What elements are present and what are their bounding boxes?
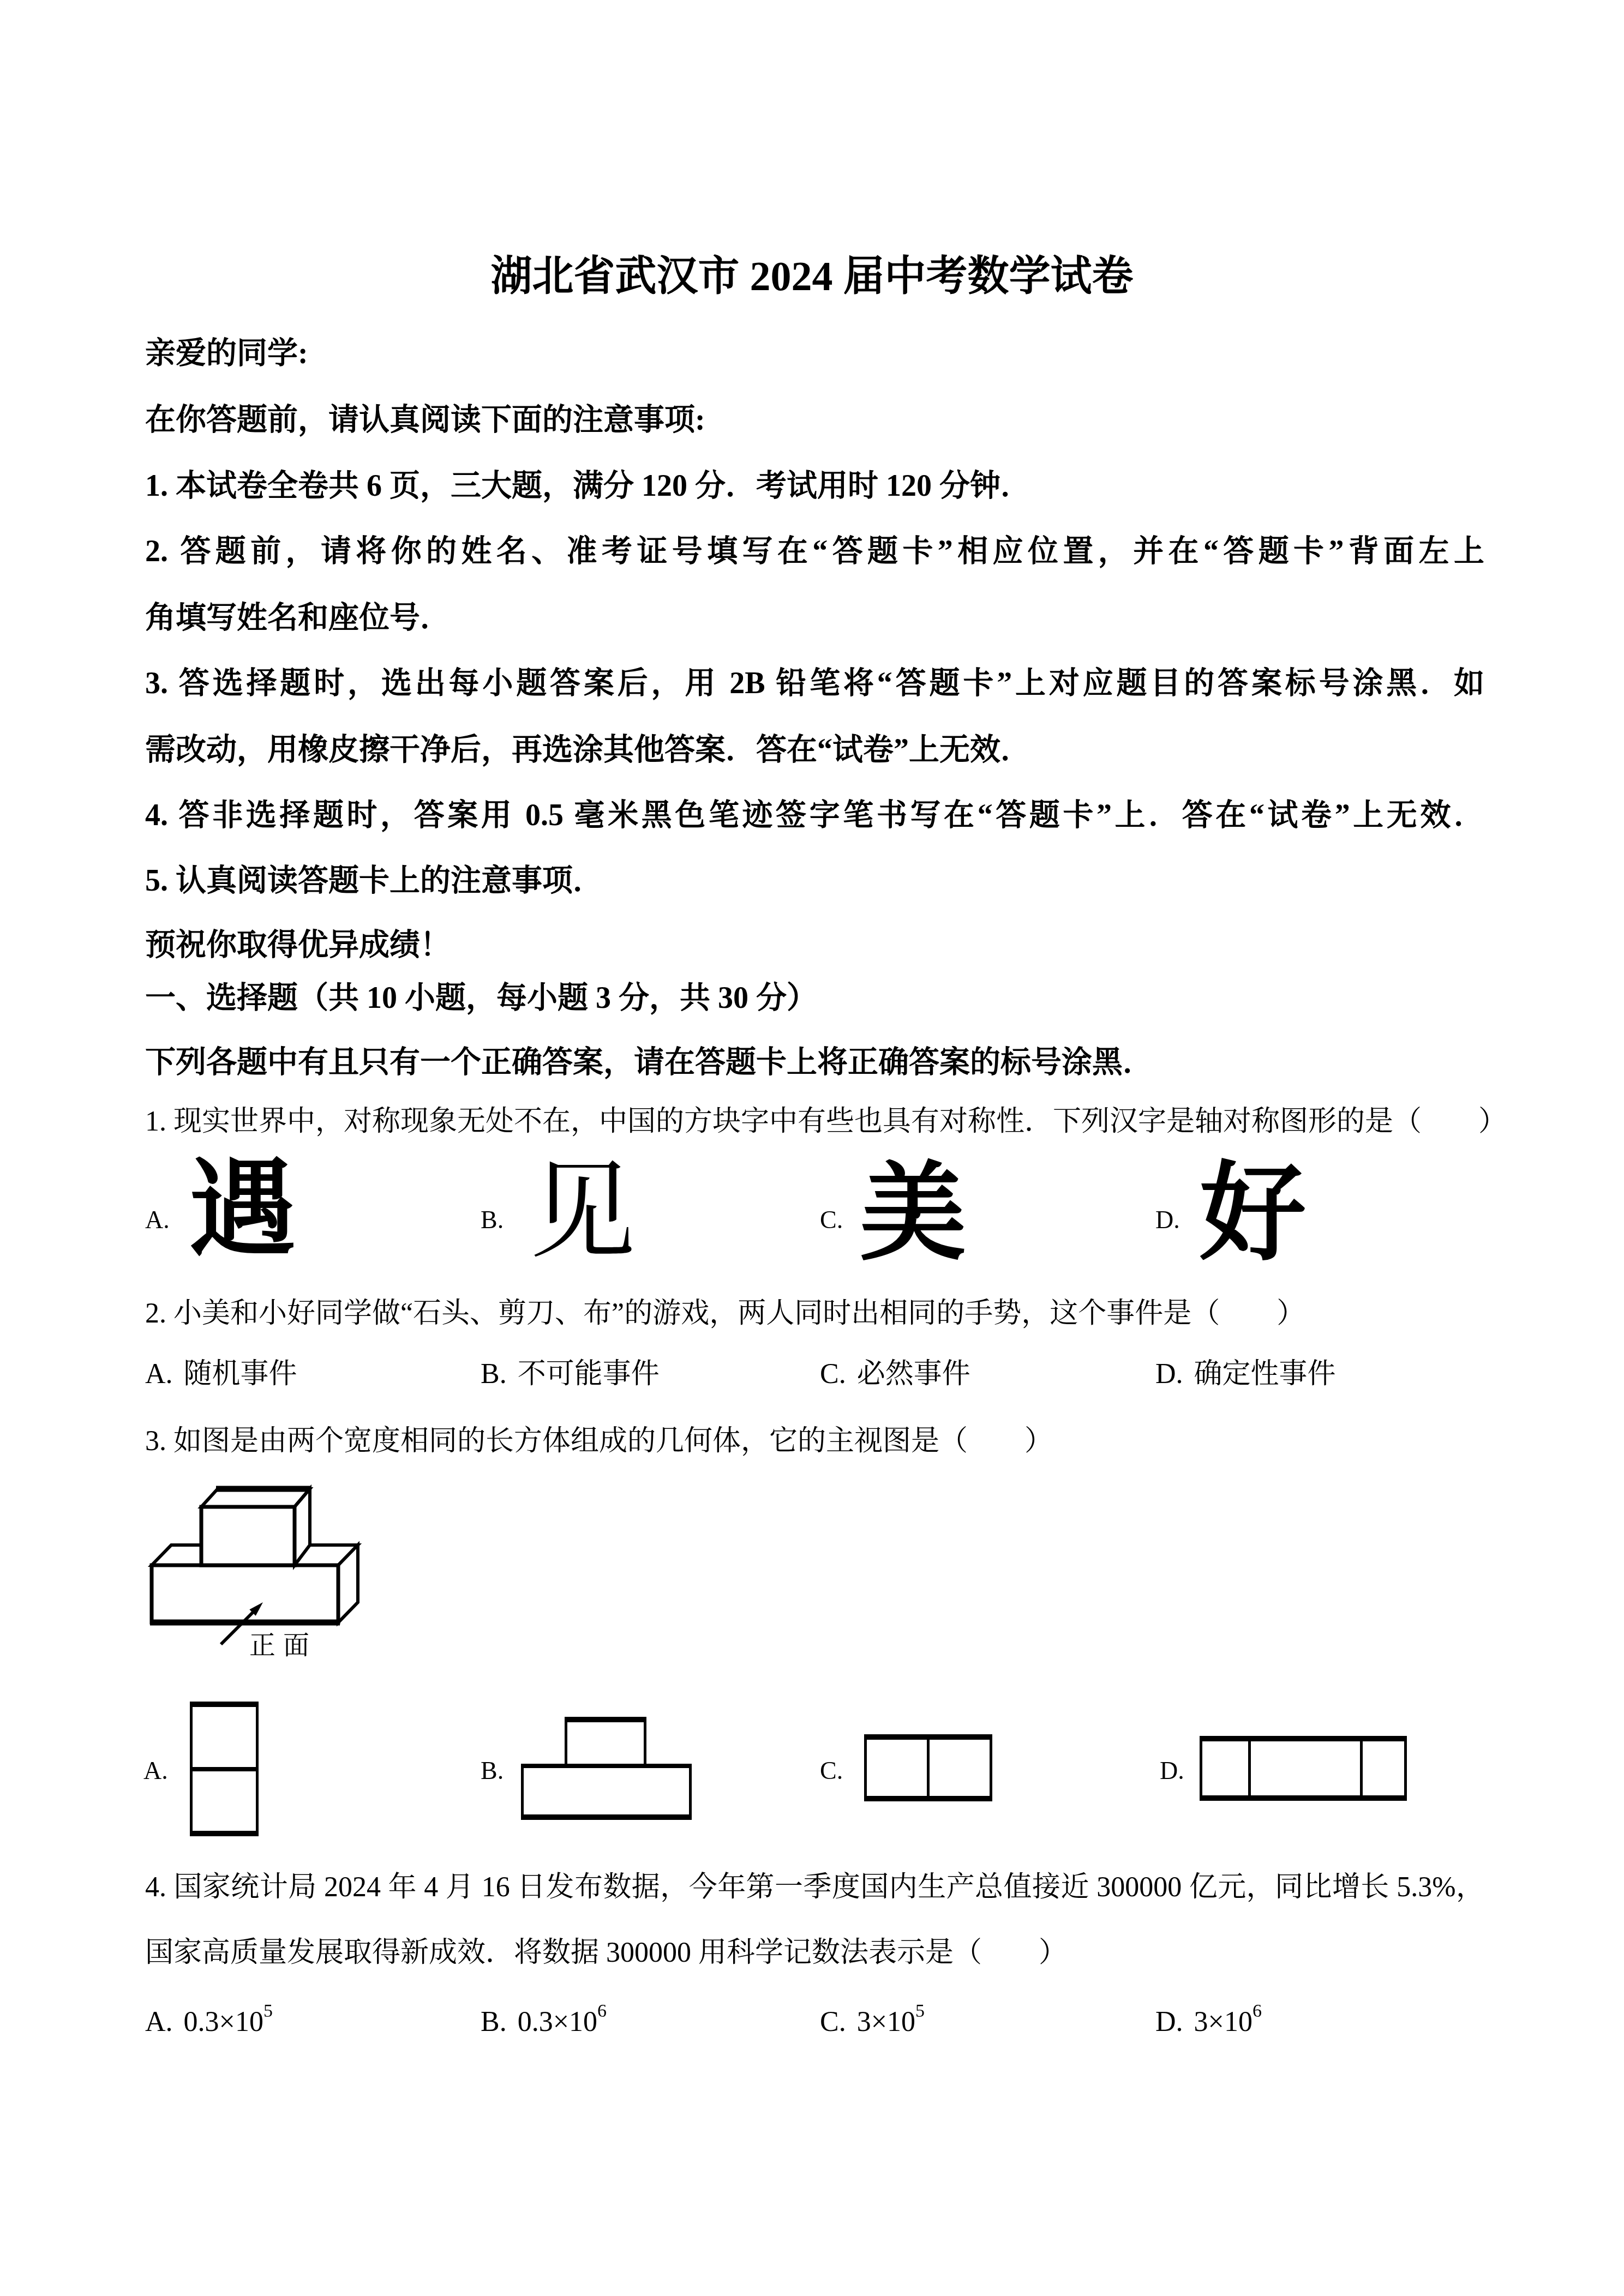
q2-option-d-label: D. (1155, 1359, 1183, 1390)
section-subheading: 下列各题中有且只有一个正确答案，请在答题卡上将正确答案的标号涂黑． (145, 1044, 1153, 1081)
notice-line-5: 5. 认真阅读答题卡上的注意事项． (145, 863, 603, 899)
q4-option-b-exponent: 6 (597, 2001, 607, 2021)
q1-option-c-label: C. (820, 1206, 843, 1234)
q3-option-d-label: D. (1160, 1757, 1184, 1785)
q3-solid-figure: 正面 (142, 1481, 382, 1666)
q2-option-d: D.确定性事件 (1155, 1358, 1336, 1391)
q4-option-d: D.3×106 (1155, 2006, 1262, 2039)
q2-option-b-text: 不可能事件 (518, 1359, 660, 1390)
q4-option-a-label: A. (145, 2006, 173, 2037)
q2-option-c-label: C. (820, 1359, 846, 1390)
q4-option-d-exponent: 6 (1253, 2001, 1262, 2021)
q3-view-a (190, 1702, 259, 1836)
notice-line-3: 3. 答选择题时，选出每小题答案后，用 2B 铅笔将“答题卡”上对应题目的答案标… (145, 665, 1484, 702)
notice-line-3b: 需改动，用橡皮擦干净后，再选涂其他答案．答在“试卷”上无效． (145, 732, 1031, 768)
q2-option-a: A.随机事件 (145, 1358, 297, 1391)
view-a-bottom-cell (193, 1771, 256, 1831)
q2-option-c: C.必然事件 (820, 1358, 970, 1391)
q2-option-b: B.不可能事件 (481, 1358, 660, 1391)
question-2-text: 2. 小美和小好同学做“石头、剪刀、布”的游戏，两人同时出相同的手势，这个事件是… (145, 1297, 1305, 1331)
q3-view-b-top-rect (565, 1717, 646, 1766)
q4-option-b: B.0.3×106 (481, 2006, 607, 2039)
q1-option-b-label: B. (481, 1206, 504, 1234)
greeting-line: 亲爱的同学: (145, 335, 308, 372)
q3-view-d (1200, 1736, 1407, 1801)
q1-option-c-character: 美 (860, 1159, 966, 1271)
q1-option-d-label: D. (1155, 1206, 1180, 1234)
top-cube-front-face (201, 1507, 295, 1565)
q4-option-a: A.0.3×105 (145, 2006, 273, 2039)
q1-option-a-label: A. (145, 1206, 170, 1234)
q3-option-c-label: C. (820, 1757, 843, 1785)
question-4-text-line1: 4. 国家统计局 2024 年 4 月 16 日发布数据，今年第一季度国内生产总… (145, 1871, 1484, 1904)
wish-line: 预祝你取得优异成绩！ (145, 927, 451, 964)
q4-option-d-base: 3×10 (1194, 2006, 1253, 2037)
q1-option-a-character: 遇 (189, 1155, 296, 1267)
bottom-box-front-face (152, 1565, 338, 1622)
q2-option-b-label: B. (481, 1359, 507, 1390)
view-d-right-cell (1363, 1741, 1404, 1795)
q3-option-b-label: B. (481, 1757, 504, 1785)
q1-option-d-character: 好 (1200, 1159, 1306, 1271)
view-c-left-cell (867, 1740, 930, 1796)
section-heading: 一、选择题（共 10 小题，每小题 3 分，共 30 分） (145, 980, 817, 1017)
q3-view-b-bottom-rect (521, 1764, 692, 1820)
q2-option-a-text: 随机事件 (184, 1359, 297, 1390)
q1-option-b-character: 见 (529, 1157, 636, 1269)
q4-option-c: C.3×105 (820, 2006, 925, 2039)
q2-option-c-text: 必然事件 (857, 1359, 970, 1390)
q4-option-d-label: D. (1155, 2006, 1183, 2037)
q3-view-c (864, 1734, 992, 1801)
notice-intro-line: 在你答题前，请认真阅读下面的注意事项: (145, 402, 705, 438)
question-3-text: 3. 如图是由两个宽度相同的长方体组成的几何体，它的主视图是（ ） (145, 1425, 1053, 1458)
view-a-top-cell (193, 1707, 256, 1771)
view-c-right-cell (930, 1740, 990, 1796)
view-d-middle-cell (1251, 1741, 1363, 1795)
q4-option-a-exponent: 5 (263, 2001, 273, 2021)
q2-option-d-text: 确定性事件 (1194, 1359, 1336, 1390)
q2-option-a-label: A. (145, 1359, 173, 1390)
view-d-left-cell (1202, 1741, 1251, 1795)
q4-option-b-base: 0.3×10 (518, 2006, 597, 2037)
notice-line-2b: 角填写姓名和座位号． (145, 600, 451, 636)
question-1-text: 1. 现实世界中，对称现象无处不在，中国的方块字中有些也具有对称性．下列汉字是轴… (145, 1105, 1507, 1139)
front-face-label: 正面 (249, 1631, 317, 1660)
notice-line-2: 2. 答题前，请将你的姓名、准考证号填写在“答题卡”相应位置，并在“答题卡”背面… (145, 533, 1484, 570)
page-title: 湖北省武汉市 2024 届中考数学试卷 (0, 243, 1624, 302)
q4-option-b-label: B. (481, 2006, 507, 2037)
question-4-text-line2: 国家高质量发展取得新成效．将数据 300000 用科学记数法表示是（ ） (145, 1936, 1067, 1970)
q4-option-c-exponent: 5 (915, 2001, 925, 2021)
exam-paper-page: 湖北省武汉市 2024 届中考数学试卷 亲爱的同学: 在你答题前，请认真阅读下面… (0, 0, 1624, 2296)
notice-line-1: 1. 本试卷全卷共 6 页，三大题，满分 120 分．考试用时 120 分钟． (145, 468, 1031, 504)
q3-option-a-label: A. (143, 1757, 168, 1785)
notice-line-4: 4. 答非选择题时，答案用 0.5 毫米黑色笔迹签字笔书写在“答题卡”上．答在“… (145, 797, 1484, 834)
q4-option-c-label: C. (820, 2006, 846, 2037)
q4-option-a-base: 0.3×10 (184, 2006, 263, 2037)
q4-option-c-base: 3×10 (857, 2006, 915, 2037)
